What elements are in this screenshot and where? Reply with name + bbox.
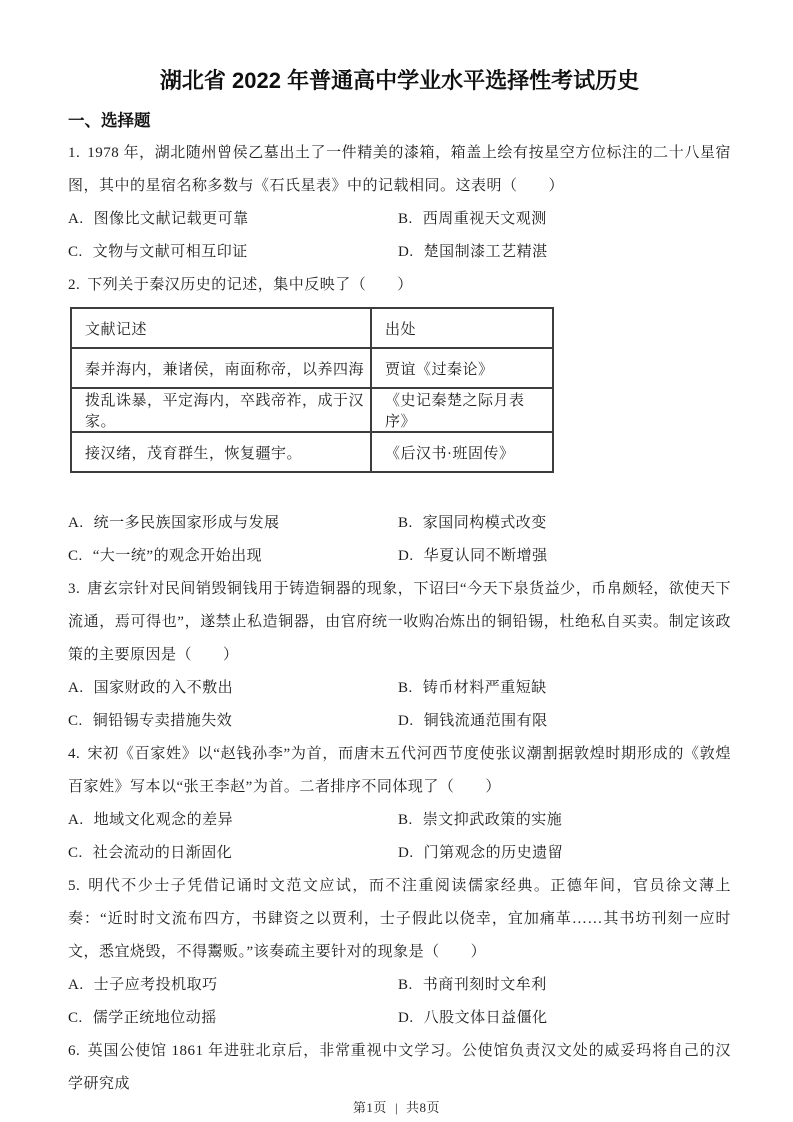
option-item: C.儒学正统地位动摇 bbox=[68, 1002, 398, 1035]
option-text: 楚国制漆工艺精湛 bbox=[424, 244, 548, 260]
option-item: A.统一多民族国家形成与发展 bbox=[68, 507, 398, 540]
options-grid: A.国家财政的入不敷出B.铸币材料严重短缺C.铜铅锡专卖措施失效D.铜钱流通范围… bbox=[68, 672, 731, 738]
question-block: 6.英国公使馆 1861 年进驻北京后，非常重视中文学习。公使馆负责汉文处的威妥… bbox=[68, 1035, 731, 1101]
table-header-row: 文献记述出处 bbox=[71, 308, 553, 348]
section-heading: 一、选择题 bbox=[68, 109, 731, 133]
option-item: B.崇文抑武政策的实施 bbox=[398, 804, 731, 837]
option-text: 家国同构模式改变 bbox=[423, 515, 547, 531]
table-cell: 《后汉书·班固传》 bbox=[371, 432, 553, 472]
option-item: D.铜钱流通范围有限 bbox=[398, 705, 731, 738]
option-text: 书商刊刻时文牟利 bbox=[423, 977, 547, 993]
questions-container: 1.1978 年，湖北随州曾侯乙墓出土了一件精美的漆箱，箱盖上绘有按星空方位标注… bbox=[68, 137, 731, 1101]
option-label: C. bbox=[68, 548, 93, 564]
option-label: D. bbox=[398, 845, 424, 861]
question-number: 5. bbox=[68, 878, 87, 894]
source-table: 文献记述出处秦并海内，兼诸侯，南面称帝，以养四海贾谊《过秦论》拨乱诛暴，平定海内… bbox=[70, 307, 554, 473]
option-label: B. bbox=[398, 211, 423, 227]
option-item: D.华夏认同不断增强 bbox=[398, 540, 731, 573]
question-block: 5.明代不少士子凭借记诵时文范文应试，而不注重阅读儒家经典。正德年间，官员徐文薄… bbox=[68, 870, 731, 1035]
option-label: A. bbox=[68, 211, 94, 227]
option-label: D. bbox=[398, 1010, 424, 1026]
footer-separator: | bbox=[395, 1100, 398, 1116]
option-text: 门第观念的历史遗留 bbox=[424, 845, 564, 861]
option-label: B. bbox=[398, 680, 423, 696]
option-label: C. bbox=[68, 1010, 93, 1026]
option-text: 华夏认同不断增强 bbox=[424, 548, 548, 564]
option-item: C.文物与文献可相互印证 bbox=[68, 236, 398, 269]
option-item: D.门第观念的历史遗留 bbox=[398, 837, 731, 870]
question-text: 下列关于秦汉历史的记述，集中反映了（ ） bbox=[87, 277, 413, 293]
option-label: D. bbox=[398, 244, 424, 260]
option-label: A. bbox=[68, 680, 94, 696]
options-grid: A.士子应考投机取巧B.书商刊刻时文牟利C.儒学正统地位动摇D.八股文体日益僵化 bbox=[68, 969, 731, 1035]
option-item: D.楚国制漆工艺精湛 bbox=[398, 236, 731, 269]
option-item: C.“大一统”的观念开始出现 bbox=[68, 540, 398, 573]
question-number: 3. bbox=[68, 581, 87, 597]
option-item: A.地域文化观念的差异 bbox=[68, 804, 398, 837]
table-cell: 《史记秦楚之际月表序》 bbox=[371, 388, 553, 432]
footer-current-page: 第1页 bbox=[353, 1100, 387, 1115]
option-label: B. bbox=[398, 812, 423, 828]
page-content: 湖北省 2022 年普通高中学业水平选择性考试历史 一、选择题 1.1978 年… bbox=[0, 0, 793, 1101]
question-block: 4.宋初《百家姓》以“赵钱孙李”为首，而唐末五代河西节度使张议潮割据敦煌时期形成… bbox=[68, 738, 731, 870]
option-item: B.西周重视天文观测 bbox=[398, 203, 731, 236]
exam-document-page: 湖北省 2022 年普通高中学业水平选择性考试历史 一、选择题 1.1978 年… bbox=[0, 0, 793, 1122]
table-header-cell: 文献记述 bbox=[71, 308, 371, 348]
options-grid: A.图像比文献记载更可靠B.西周重视天文观测C.文物与文献可相互印证D.楚国制漆… bbox=[68, 203, 731, 269]
question-text: 宋初《百家姓》以“赵钱孙李”为首，而唐末五代河西节度使张议潮割据敦煌时期形成的《… bbox=[68, 746, 731, 795]
question-stem: 6.英国公使馆 1861 年进驻北京后，非常重视中文学习。公使馆负责汉文处的威妥… bbox=[68, 1035, 731, 1101]
option-label: C. bbox=[68, 713, 93, 729]
option-text: 士子应考投机取巧 bbox=[94, 977, 218, 993]
option-text: 国家财政的入不敷出 bbox=[94, 680, 234, 696]
option-text: 儒学正统地位动摇 bbox=[93, 1010, 217, 1026]
table-cell: 秦并海内，兼诸侯，南面称帝，以养四海 bbox=[71, 348, 371, 388]
question-number: 2. bbox=[68, 277, 87, 293]
option-item: B.书商刊刻时文牟利 bbox=[398, 969, 731, 1002]
option-item: B.铸币材料严重短缺 bbox=[398, 672, 731, 705]
option-item: D.八股文体日益僵化 bbox=[398, 1002, 731, 1035]
option-label: C. bbox=[68, 845, 93, 861]
table-cell: 拨乱诛暴，平定海内，卒践帝祚，成于汉家。 bbox=[71, 388, 371, 432]
option-label: B. bbox=[398, 977, 423, 993]
question-stem: 4.宋初《百家姓》以“赵钱孙李”为首，而唐末五代河西节度使张议潮割据敦煌时期形成… bbox=[68, 738, 731, 804]
table-header-cell: 出处 bbox=[371, 308, 553, 348]
question-stem: 1.1978 年，湖北随州曾侯乙墓出土了一件精美的漆箱，箱盖上绘有按星空方位标注… bbox=[68, 137, 731, 203]
option-text: 八股文体日益僵化 bbox=[424, 1010, 548, 1026]
option-text: “大一统”的观念开始出现 bbox=[93, 548, 262, 564]
question-block: 1.1978 年，湖北随州曾侯乙墓出土了一件精美的漆箱，箱盖上绘有按星空方位标注… bbox=[68, 137, 731, 269]
option-text: 铜铅锡专卖措施失效 bbox=[93, 713, 233, 729]
option-text: 社会流动的日渐固化 bbox=[93, 845, 233, 861]
option-text: 西周重视天文观测 bbox=[423, 211, 547, 227]
question-stem: 5.明代不少士子凭借记诵时文范文应试，而不注重阅读儒家经典。正德年间，官员徐文薄… bbox=[68, 870, 731, 969]
option-label: D. bbox=[398, 548, 424, 564]
page-footer: 第1页|共8页 bbox=[0, 1097, 793, 1116]
table-cell: 贾谊《过秦论》 bbox=[371, 348, 553, 388]
table-row: 接汉绪，茂育群生，恢复疆宇。《后汉书·班固传》 bbox=[71, 432, 553, 472]
question-number: 6. bbox=[68, 1043, 87, 1059]
page-title: 湖北省 2022 年普通高中学业水平选择性考试历史 bbox=[68, 66, 731, 96]
options-grid: A.统一多民族国家形成与发展B.家国同构模式改变C.“大一统”的观念开始出现D.… bbox=[68, 507, 731, 573]
option-label: C. bbox=[68, 244, 93, 260]
question-text: 明代不少士子凭借记诵时文范文应试，而不注重阅读儒家经典。正德年间，官员徐文薄上奏… bbox=[68, 878, 731, 960]
option-item: A.国家财政的入不敷出 bbox=[68, 672, 398, 705]
option-item: A.士子应考投机取巧 bbox=[68, 969, 398, 1002]
option-text: 铜钱流通范围有限 bbox=[424, 713, 548, 729]
question-stem: 2.下列关于秦汉历史的记述，集中反映了（ ） bbox=[68, 269, 731, 302]
option-label: D. bbox=[398, 713, 424, 729]
option-label: B. bbox=[398, 515, 423, 531]
option-text: 统一多民族国家形成与发展 bbox=[94, 515, 280, 531]
option-text: 图像比文献记载更可靠 bbox=[94, 211, 249, 227]
option-label: A. bbox=[68, 515, 94, 531]
option-text: 铸币材料严重短缺 bbox=[423, 680, 547, 696]
option-item: C.铜铅锡专卖措施失效 bbox=[68, 705, 398, 738]
question-text: 英国公使馆 1861 年进驻北京后，非常重视中文学习。公使馆负责汉文处的威妥玛将… bbox=[68, 1043, 731, 1092]
options-grid: A.地域文化观念的差异B.崇文抑武政策的实施C.社会流动的日渐固化D.门第观念的… bbox=[68, 804, 731, 870]
question-text: 1978 年，湖北随州曾侯乙墓出土了一件精美的漆箱，箱盖上绘有按星空方位标注的二… bbox=[68, 145, 731, 194]
option-item: B.家国同构模式改变 bbox=[398, 507, 731, 540]
option-text: 文物与文献可相互印证 bbox=[93, 244, 248, 260]
question-number: 1. bbox=[68, 145, 87, 161]
question-block: 2.下列关于秦汉历史的记述，集中反映了（ ）文献记述出处秦并海内，兼诸侯，南面称… bbox=[68, 269, 731, 573]
table-row: 拨乱诛暴，平定海内，卒践帝祚，成于汉家。《史记秦楚之际月表序》 bbox=[71, 388, 553, 432]
option-label: A. bbox=[68, 812, 94, 828]
question-stem: 3.唐玄宗针对民间销毁铜钱用于铸造铜器的现象，下诏曰“今天下泉货益少，币帛颇轻，… bbox=[68, 573, 731, 672]
footer-total-pages: 共8页 bbox=[406, 1100, 440, 1115]
question-text: 唐玄宗针对民间销毁铜钱用于铸造铜器的现象，下诏曰“今天下泉货益少，币帛颇轻，欲使… bbox=[68, 581, 731, 663]
option-item: A.图像比文献记载更可靠 bbox=[68, 203, 398, 236]
option-text: 崇文抑武政策的实施 bbox=[423, 812, 563, 828]
question-number: 4. bbox=[68, 746, 87, 762]
option-label: A. bbox=[68, 977, 94, 993]
table-row: 秦并海内，兼诸侯，南面称帝，以养四海贾谊《过秦论》 bbox=[71, 348, 553, 388]
option-item: C.社会流动的日渐固化 bbox=[68, 837, 398, 870]
option-text: 地域文化观念的差异 bbox=[94, 812, 234, 828]
question-block: 3.唐玄宗针对民间销毁铜钱用于铸造铜器的现象，下诏曰“今天下泉货益少，币帛颇轻，… bbox=[68, 573, 731, 738]
table-cell: 接汉绪，茂育群生，恢复疆宇。 bbox=[71, 432, 371, 472]
